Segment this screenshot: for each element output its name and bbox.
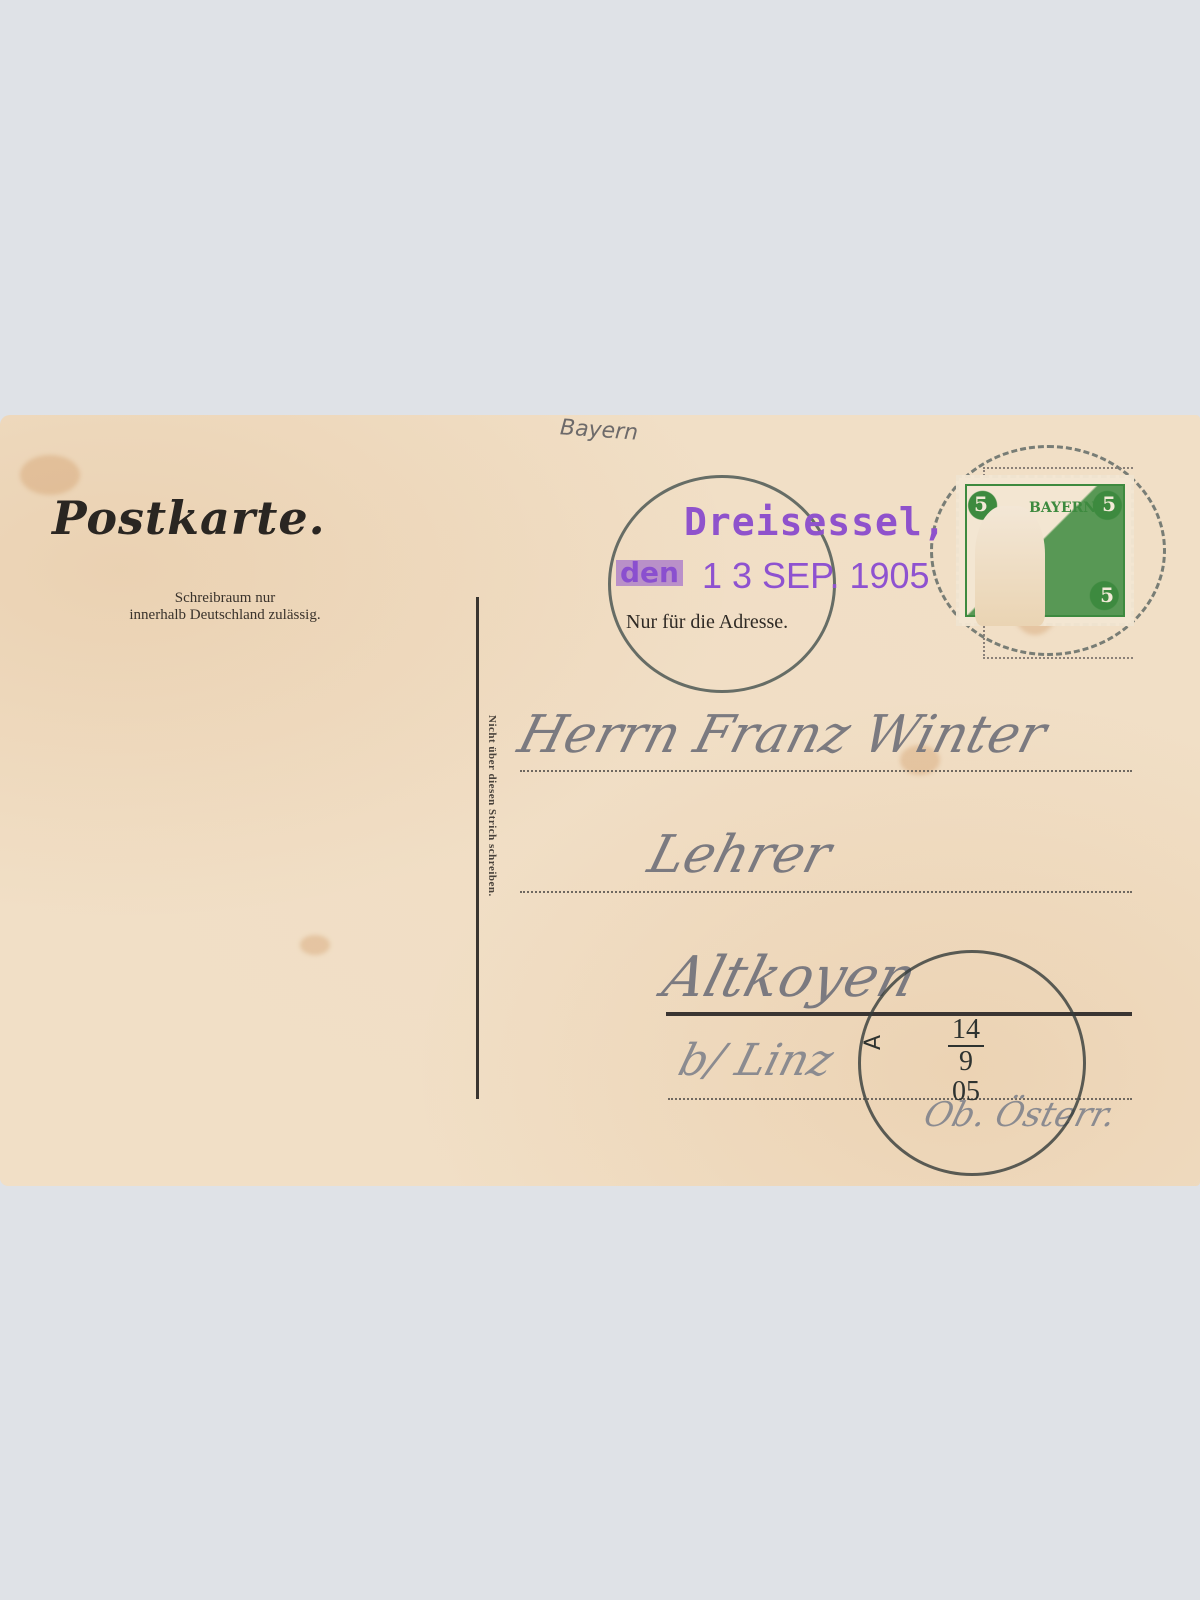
address-label: Nur für die Adresse.	[626, 611, 788, 634]
stamp-country: BAYERN	[1029, 500, 1096, 516]
stamp-damage	[975, 506, 1045, 626]
subtitle-line-2: innerhalb Deutschland zulässig.	[70, 607, 380, 624]
address-line-1	[520, 770, 1132, 772]
stain	[20, 455, 80, 495]
address-line-2	[520, 891, 1132, 893]
arrival-day: 14	[948, 1015, 984, 1047]
address-recipient: Herrn Franz Winter	[512, 705, 1052, 765]
writing-space-note: Schreibraum nur innerhalb Deutschland zu…	[70, 590, 380, 624]
postage-stamp: 5 5 5 BAYERN	[956, 475, 1134, 626]
stamp-value-top-left: 5	[974, 492, 988, 516]
postcard-title: Postkarte.	[52, 491, 326, 545]
stamp-value-top-right: 5	[1102, 492, 1116, 516]
subtitle-line-1: Schreibraum nur	[70, 590, 380, 607]
arrival-postmark-letter: A	[861, 1035, 886, 1050]
postmark-date: 1 3 SEP. 1905	[702, 555, 930, 597]
pencil-note: Bayern	[559, 415, 639, 445]
arrival-postmark-date: 14 9 05	[948, 1015, 984, 1107]
stamp-value-bottom-right: 5	[1100, 583, 1114, 607]
arrival-year: 05	[948, 1077, 984, 1107]
stain	[300, 935, 330, 955]
postcard: Postkarte. Schreibraum nur innerhalb Deu…	[0, 415, 1200, 1186]
arrival-month: 9	[948, 1047, 984, 1077]
divider-note: Nicht über diesen Strich schreiben.	[486, 715, 498, 897]
postmark-place: Dreisessel,	[684, 500, 947, 544]
address-near: b/ Linz	[673, 1035, 838, 1086]
address-occupation: Lehrer	[642, 825, 837, 885]
divider-line	[476, 597, 479, 1099]
postmark-prefix: den	[616, 560, 683, 586]
